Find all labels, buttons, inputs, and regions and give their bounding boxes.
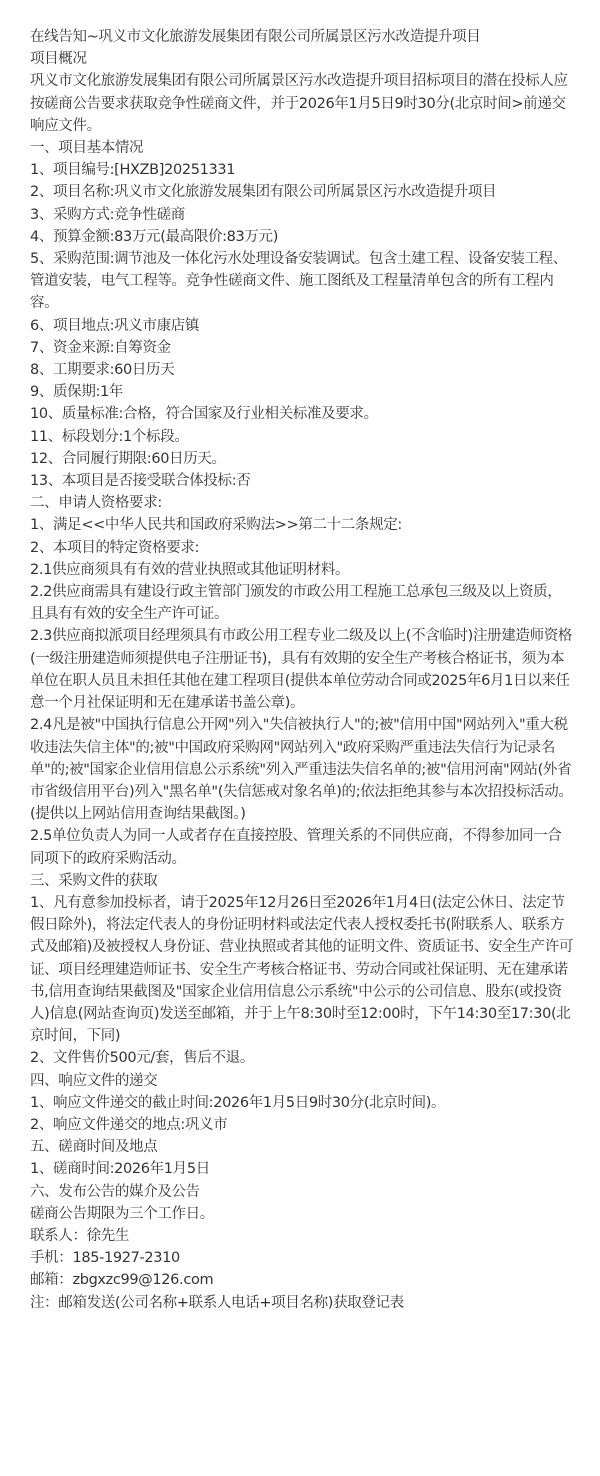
qualification-item: 2.3供应商拟派项目经理须具有市政公用工程专业二级及以上(不含临时)注册建造师资…: [30, 625, 575, 714]
media-item: 磋商公告期限为三个工作日。: [30, 1203, 575, 1225]
section-heading-obtain-documents: 三、采购文件的获取: [30, 870, 575, 892]
obtain-item: 2、文件售价500元/套，售后不退。: [30, 1047, 575, 1069]
section-heading-negotiation: 五、磋商时间及地点: [30, 1136, 575, 1158]
section-heading-basic-info: 一、项目基本情况: [30, 137, 575, 159]
section-heading-qualifications: 二、申请人资格要求:: [30, 492, 575, 514]
item-warranty: 9、质保期:1年: [30, 381, 575, 403]
item-quality-standard: 10、质量标准:合格，符合国家及行业相关标准及要求。: [30, 403, 575, 425]
contact-email: 邮箱：zbgxzc99@126.com: [30, 1269, 575, 1291]
overview-heading: 项目概况: [30, 48, 575, 70]
qualification-item: 2、本项目的特定资格要求:: [30, 537, 575, 559]
item-duration: 8、工期要求:60日历天: [30, 359, 575, 381]
contact-phone: 手机：185-1927-2310: [30, 1247, 575, 1269]
qualification-item: 2.4凡是被"中国执行信息公开网"列入"失信被执行人"的;被"信用中国"网站列入…: [30, 714, 575, 825]
item-project-number: 1、项目编号:[HXZB]20251331: [30, 159, 575, 181]
submission-item: 2、响应文件递交的地点:巩义市: [30, 1114, 575, 1136]
submission-item: 1、响应文件递交的截止时间:2026年1月5日9时30分(北京时间)。: [30, 1092, 575, 1114]
item-budget: 4、预算金额:83万元(最高限价:83万元): [30, 226, 575, 248]
item-project-location: 6、项目地点:巩义市康店镇: [30, 315, 575, 337]
document-title: 在线告知~巩义市文化旅游发展集团有限公司所属景区污水改造提升项目: [30, 26, 575, 48]
item-contract-period: 12、合同履行期限:60日历天。: [30, 448, 575, 470]
item-funding-source: 7、资金来源:自筹资金: [30, 337, 575, 359]
section-heading-submission: 四、响应文件的递交: [30, 1070, 575, 1092]
item-procurement-scope: 5、采购范围:调节池及一体化污水处理设备安装调试。包含土建工程、设备安装工程、管…: [30, 248, 575, 315]
item-lot-division: 11、标段划分:1个标段。: [30, 426, 575, 448]
item-project-name: 2、项目名称:巩义市文化旅游发展集团有限公司所属景区污水改造提升项目: [30, 181, 575, 203]
item-procurement-method: 3、采购方式:竞争性磋商: [30, 204, 575, 226]
contact-person: 联系人：徐先生: [30, 1225, 575, 1247]
item-consortium: 13、本项目是否接受联合体投标:否: [30, 470, 575, 492]
section-heading-media: 六、发布公告的媒介及公告: [30, 1181, 575, 1203]
negotiation-item: 1、磋商时间:2026年1月5日: [30, 1158, 575, 1180]
qualification-item: 1、满足<<中华人民共和国政府采购法>>第二十二条规定:: [30, 514, 575, 536]
contact-note: 注：邮箱发送(公司名称+联系人电话+项目名称)获取登记表: [30, 1292, 575, 1314]
obtain-item: 1、凡有意参加投标者，请于2025年12月26日至2026年1月4日(法定公休日…: [30, 892, 575, 1047]
qualification-item: 2.5单位负责人为同一人或者存在直接控股、管理关系的不同供应商，不得参加同一合同…: [30, 825, 575, 869]
overview-text: 巩义市文化旅游发展集团有限公司所属景区污水改造提升项目招标项目的潜在投标人应按磋…: [30, 70, 575, 137]
qualification-item: 2.1供应商须具有有效的营业执照或其他证明材料。: [30, 559, 575, 581]
announcement-document: 在线告知~巩义市文化旅游发展集团有限公司所属景区污水改造提升项目 项目概况 巩义…: [30, 26, 575, 1314]
qualification-item: 2.2供应商需具有建设行政主管部门颁发的市政公用工程施工总承包三级及以上资质，且…: [30, 581, 575, 625]
